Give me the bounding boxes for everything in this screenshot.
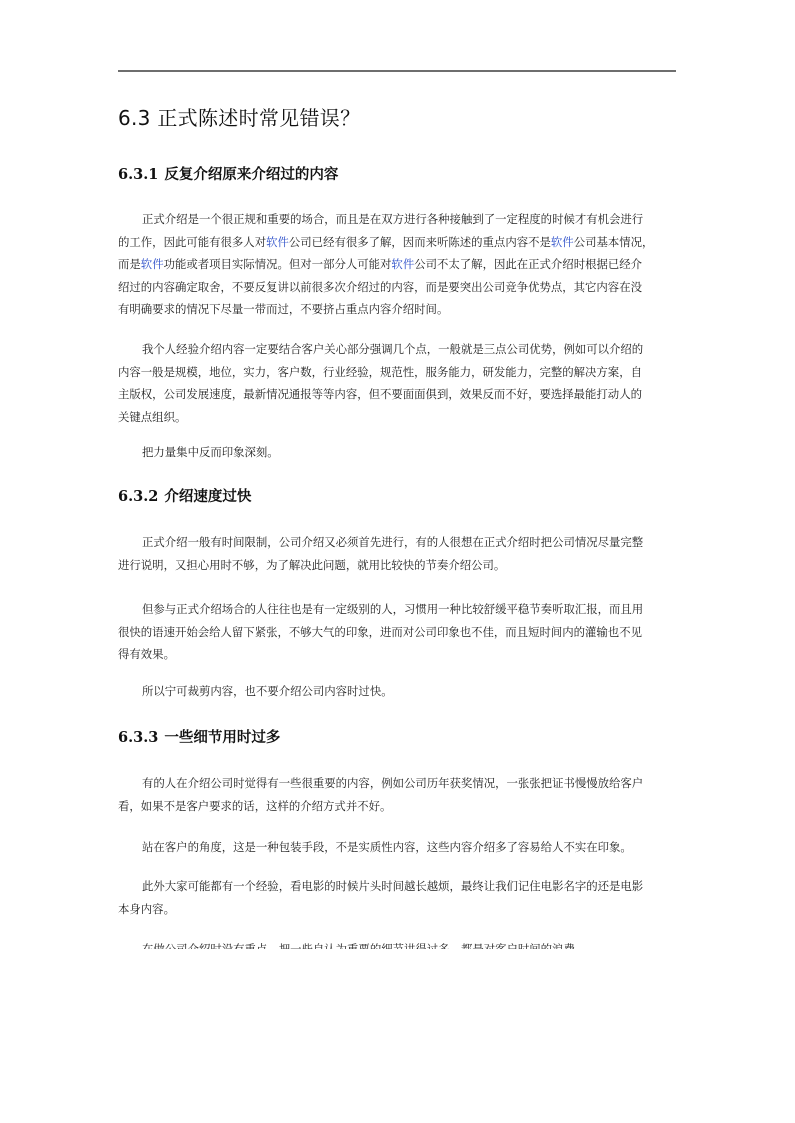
- text-line: 有的人在介绍公司时觉得有一些很重要的内容，例如公司历年获奖情况，一张张把证书慢慢…: [118, 772, 674, 795]
- paragraph: 正式介绍是一个很正规和重要的场合，而且是在双方进行各种接触到了一定程度的时候才有…: [118, 208, 674, 321]
- text-run: 绍过的内容确定取舍，不要反复讲以前很多次介绍过的内容，而是要突出公司竞争优势点，…: [118, 280, 642, 294]
- keyword-link[interactable]: 软件: [141, 257, 164, 271]
- page-blank-area: [0, 949, 795, 1123]
- text-run: 所以宁可裁剪内容，也不要介绍公司内容时过快。: [142, 684, 393, 698]
- paragraph: 把力量集中反而印象深刻。: [118, 441, 674, 464]
- text-run: 的工作，因此可能有很多人对: [118, 235, 266, 249]
- document-page: 6.3 正式陈述时常见错误？ 6.3.1反复介绍原来介绍过的内容 正式介绍是一个…: [118, 0, 678, 949]
- text-line: 关键点组织。: [118, 406, 674, 429]
- paragraph: 我个人经验介绍内容一定要结合客户关心部分强调几个点，一般就是三点公司优势，例如可…: [118, 338, 674, 428]
- text-run: 内容一般是规模，地位，实力，客户数，行业经验，规范性，服务能力，研发能力，完整的…: [118, 365, 642, 379]
- subsection-heading-6-3-2: 6.3.2介绍速度过快: [118, 485, 251, 506]
- text-line: 我个人经验介绍内容一定要结合客户关心部分强调几个点，一般就是三点公司优势，例如可…: [118, 338, 674, 361]
- text-line: 而是软件功能或者项目实际情况。但对一部分人可能对软件公司不太了解，因此在正式介绍…: [118, 253, 674, 276]
- text-line: 很快的语速开始会给人留下紧张，不够大气的印象，进而对公司印象也不佳，而且短时间内…: [118, 621, 674, 644]
- text-line: 绍过的内容确定取舍，不要反复讲以前很多次介绍过的内容，而是要突出公司竞争优势点，…: [118, 276, 674, 299]
- text-line: 得有效果。: [118, 643, 674, 666]
- text-run: 公司已经有很多了解，因而来听陈述的重点内容不是: [289, 235, 551, 249]
- text-run: 进行说明，又担心用时不够，为了解决此问题，就用比较快的节奏介绍公司。: [118, 558, 505, 572]
- text-run: 有明确要求的情况下尽量一带而过，不要挤占重点内容介绍时间。: [118, 302, 448, 316]
- text-run: 公司基本情况，: [574, 235, 654, 249]
- subsection-number: 6.3.2: [118, 488, 158, 505]
- text-line: 此外大家可能都有一个经验，看电影的时候片头时间越长越烦，最终让我们记住电影名字的…: [118, 875, 674, 898]
- text-line: 进行说明，又担心用时不够，为了解决此问题，就用比较快的节奏介绍公司。: [118, 554, 674, 577]
- paragraph: 正式介绍一般有时间限制，公司介绍又必须首先进行，有的人很想在正式介绍时把公司情况…: [118, 531, 674, 576]
- text-run: 功能或者项目实际情况。但对一部分人可能对: [164, 257, 392, 271]
- paragraph: 所以宁可裁剪内容，也不要介绍公司内容时过快。: [118, 680, 674, 703]
- text-line: 本身内容。: [118, 898, 674, 921]
- text-run: 本身内容。: [118, 902, 175, 916]
- subsection-title: 反复介绍原来介绍过的内容: [164, 166, 338, 183]
- text-run: 站在客户的角度，这是一种包装手段，不是实质性内容，这些内容介绍多了容易给人不实在…: [142, 840, 632, 854]
- paragraph: 站在客户的角度，这是一种包装手段，不是实质性内容，这些内容介绍多了容易给人不实在…: [118, 836, 674, 859]
- subsection-number: 6.3.3: [118, 729, 158, 746]
- text-run: 很快的语速开始会给人留下紧张，不够大气的印象，进而对公司印象也不佳，而且短时间内…: [118, 625, 642, 639]
- text-run: 有的人在介绍公司时觉得有一些很重要的内容，例如公司历年获奖情况，一张张把证书慢慢…: [142, 776, 643, 790]
- keyword-link[interactable]: 软件: [266, 235, 289, 249]
- subsection-title: 一些细节用时过多: [164, 729, 280, 746]
- paragraph-clipped: 在做公司介绍时没有重点，把一些自认为重要的细节讲得过多，都是对客户时间的浪费。: [118, 938, 674, 949]
- text-line: 在做公司介绍时没有重点，把一些自认为重要的细节讲得过多，都是对客户时间的浪费。: [118, 938, 674, 949]
- paragraph: 有的人在介绍公司时觉得有一些很重要的内容，例如公司历年获奖情况，一张张把证书慢慢…: [118, 772, 674, 817]
- text-run: 看，如果不是客户要求的话，这样的介绍方式并不好。: [118, 799, 391, 813]
- text-run: 主版权，公司发展速度，最新情况通报等等内容，但不要面面俱到，效果反而不好，要选择…: [118, 387, 642, 401]
- keyword-link[interactable]: 软件: [391, 257, 414, 271]
- text-run: 而是: [118, 257, 141, 271]
- subsection-heading-6-3-3: 6.3.3一些细节用时过多: [118, 726, 280, 747]
- text-run: 把力量集中反而印象深刻。: [142, 445, 279, 459]
- text-run: 关键点组织。: [118, 410, 186, 424]
- keyword-link[interactable]: 软件: [551, 235, 574, 249]
- text-run: 但参与正式介绍场合的人往往也是有一定级别的人，习惯用一种比较舒缓平稳节奏听取汇报…: [142, 602, 643, 616]
- text-run: 得有效果。: [118, 647, 175, 661]
- text-run: 正式介绍是一个很正规和重要的场合，而且是在双方进行各种接触到了一定程度的时候才有…: [142, 212, 643, 226]
- text-line: 所以宁可裁剪内容，也不要介绍公司内容时过快。: [118, 680, 674, 703]
- text-line: 主版权，公司发展速度，最新情况通报等等内容，但不要面面俱到，效果反而不好，要选择…: [118, 383, 674, 406]
- text-run: 此外大家可能都有一个经验，看电影的时候片头时间越长越烦，最终让我们记住电影名字的…: [142, 879, 643, 893]
- text-run: 我个人经验介绍内容一定要结合客户关心部分强调几个点，一般就是三点公司优势，例如可…: [142, 342, 643, 356]
- paragraph: 但参与正式介绍场合的人往往也是有一定级别的人，习惯用一种比较舒缓平稳节奏听取汇报…: [118, 598, 674, 666]
- subsection-title: 介绍速度过快: [164, 488, 251, 505]
- subsection-number: 6.3.1: [118, 166, 158, 183]
- text-run: 正式介绍一般有时间限制，公司介绍又必须首先进行，有的人很想在正式介绍时把公司情况…: [142, 535, 643, 549]
- text-run: 公司不太了解，因此在正式介绍时根据已经介: [414, 257, 642, 271]
- text-line: 正式介绍是一个很正规和重要的场合，而且是在双方进行各种接触到了一定程度的时候才有…: [118, 208, 674, 231]
- subsection-heading-6-3-1: 6.3.1反复介绍原来介绍过的内容: [118, 163, 338, 184]
- text-line: 站在客户的角度，这是一种包装手段，不是实质性内容，这些内容介绍多了容易给人不实在…: [118, 836, 674, 859]
- text-run: 在做公司介绍时没有重点，把一些自认为重要的细节讲得过多，都是对客户时间的浪费。: [142, 942, 586, 949]
- section-title: 6.3 正式陈述时常见错误？: [118, 102, 360, 131]
- text-line: 但参与正式介绍场合的人往往也是有一定级别的人，习惯用一种比较舒缓平稳节奏听取汇报…: [118, 598, 674, 621]
- text-line: 内容一般是规模，地位，实力，客户数，行业经验，规范性，服务能力，研发能力，完整的…: [118, 361, 674, 384]
- text-line: 有明确要求的情况下尽量一带而过，不要挤占重点内容介绍时间。: [118, 298, 674, 321]
- text-line: 看，如果不是客户要求的话，这样的介绍方式并不好。: [118, 795, 674, 818]
- text-line: 的工作，因此可能有很多人对软件公司已经有很多了解，因而来听陈述的重点内容不是软件…: [118, 231, 674, 254]
- paragraph: 此外大家可能都有一个经验，看电影的时候片头时间越长越烦，最终让我们记住电影名字的…: [118, 875, 674, 920]
- text-line: 正式介绍一般有时间限制，公司介绍又必须首先进行，有的人很想在正式介绍时把公司情况…: [118, 531, 674, 554]
- text-line: 把力量集中反而印象深刻。: [118, 441, 674, 464]
